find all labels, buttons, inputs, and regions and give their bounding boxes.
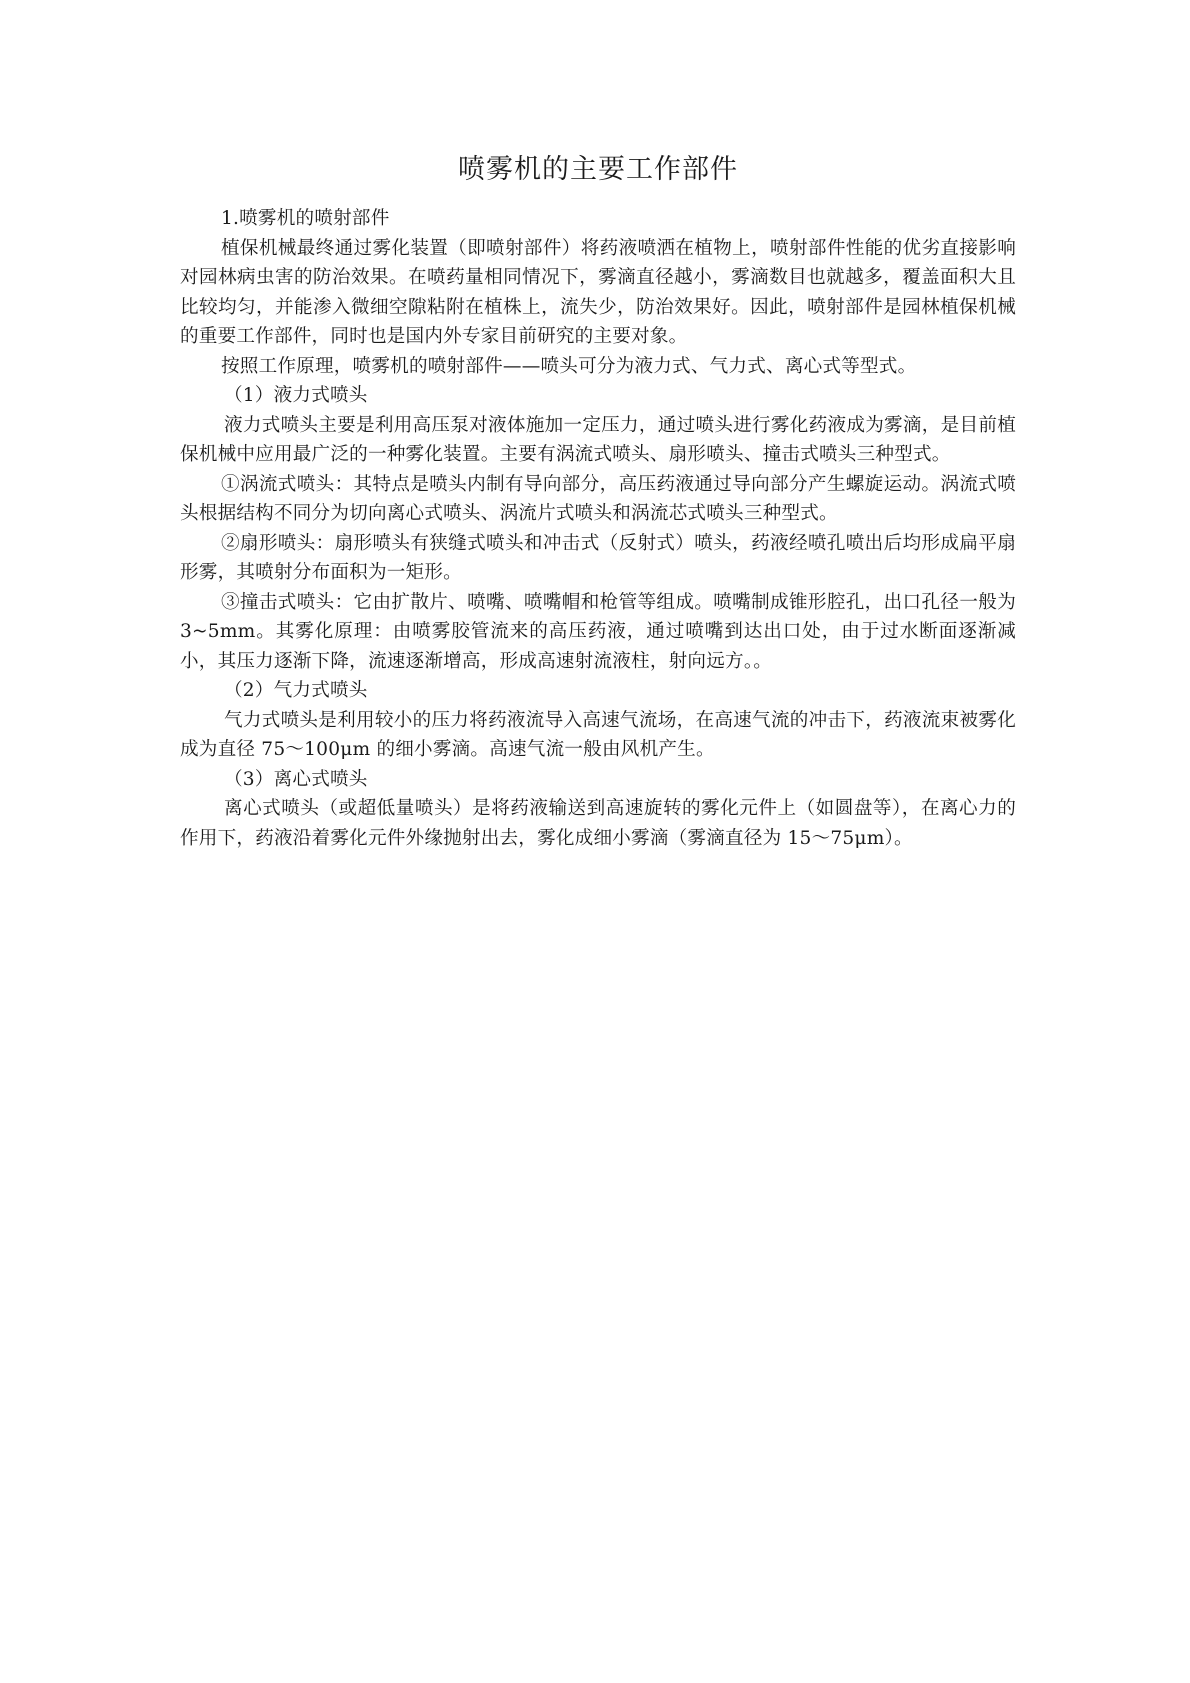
document-title: 喷雾机的主要工作部件	[180, 150, 1016, 190]
section-heading: 1.喷雾机的喷射部件	[180, 204, 1016, 234]
subsection-heading-pneumatic: （2）气力式喷头	[180, 676, 1016, 706]
list-item-vortex-nozzle: ①涡流式喷头：其特点是喷头内制有导向部分，高压药液通过导向部分产生螺旋运动。涡流…	[180, 470, 1016, 529]
list-item-impact-nozzle: ③撞击式喷头：它由扩散片、喷嘴、喷嘴帽和枪管等组成。喷嘴制成锥形腔孔，出口孔径一…	[180, 588, 1016, 677]
document-page: 喷雾机的主要工作部件 1.喷雾机的喷射部件 植保机械最终通过雾化装置（即喷射部件…	[180, 150, 1016, 853]
intro-paragraph: 植保机械最终通过雾化装置（即喷射部件）将药液喷洒在植物上，喷射部件性能的优劣直接…	[180, 234, 1016, 352]
subsection-heading-centrifugal: （3）离心式喷头	[180, 765, 1016, 795]
subsection-body-centrifugal: 离心式喷头（或超低量喷头）是将药液输送到高速旋转的雾化元件上（如圆盘等），在离心…	[180, 794, 1016, 853]
list-item-fan-nozzle: ②扇形喷头：扇形喷头有狭缝式喷头和冲击式（反射式）喷头，药液经喷孔喷出后均形成扁…	[180, 529, 1016, 588]
subsection-body-hydraulic: 液力式喷头主要是利用高压泵对液体施加一定压力，通过喷头进行雾化药液成为雾滴，是目…	[180, 411, 1016, 470]
classification-paragraph: 按照工作原理，喷雾机的喷射部件——喷头可分为液力式、气力式、离心式等型式。	[180, 352, 1016, 382]
subsection-heading-hydraulic: （1）液力式喷头	[180, 381, 1016, 411]
subsection-body-pneumatic: 气力式喷头是利用较小的压力将药液流导入高速气流场，在高速气流的冲击下，药液流束被…	[180, 706, 1016, 765]
